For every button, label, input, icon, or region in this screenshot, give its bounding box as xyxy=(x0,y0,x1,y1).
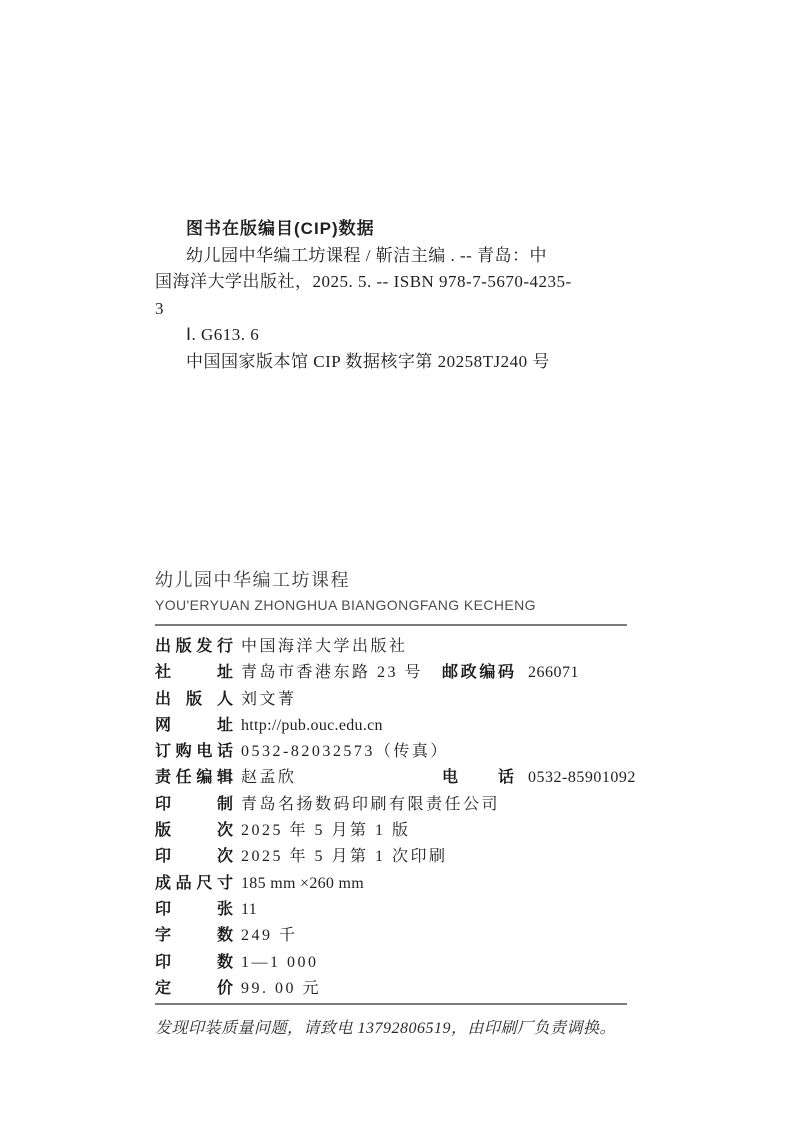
colophon-value: 赵孟欣 xyxy=(241,769,297,786)
colophon-row: 订购电话0532-82032573（传真） xyxy=(155,739,655,765)
quality-note: 发现印装质量问题，请致电 13792806519，由印刷厂负责调换。 xyxy=(155,1019,616,1039)
colophon-value: 2025 年 5 月第 1 次印刷 xyxy=(241,848,448,865)
colophon-value: http://pub.ouc.edu.cn xyxy=(241,717,383,734)
colophon-value: 2025 年 5 月第 1 版 xyxy=(241,822,411,839)
colophon-label-secondary: 电话 xyxy=(442,765,514,791)
colophon-label: 成品尺寸 xyxy=(155,871,233,897)
colophon-row: 印制青岛名扬数码印刷有限责任公司 xyxy=(155,792,655,818)
cip-line: 国海洋大学出版社，2025. 5. -- ISBN 978-7-5670-423… xyxy=(155,269,655,296)
colophon-value-secondary: 0532-85901092 xyxy=(528,765,636,791)
colophon-row: 印数1—1 000 xyxy=(155,950,655,976)
cip-line: Ⅰ. G613. 6 xyxy=(155,322,655,349)
book-title-block: 幼儿园中华编工坊课程 YOU'ERYUAN ZHONGHUA BIANGONGF… xyxy=(155,568,536,613)
cip-line: 3 xyxy=(155,296,655,323)
cip-line: 幼儿园中华编工坊课程 / 靳洁主编 . -- 青岛：中 xyxy=(155,243,655,270)
book-title: 幼儿园中华编工坊课程 xyxy=(155,568,536,592)
colophon-label: 定价 xyxy=(155,976,233,1002)
colophon-table: 出版发行中国海洋大学出版社社址青岛市香港东路 23 号邮政编码266071出版人… xyxy=(155,634,655,1002)
colophon-label: 出版发行 xyxy=(155,634,233,660)
colophon-value: 青岛市香港东路 23 号 xyxy=(241,664,423,681)
colophon-row: 社址青岛市香港东路 23 号邮政编码266071 xyxy=(155,660,655,686)
colophon-row: 责任编辑赵孟欣电话0532-85901092 xyxy=(155,765,655,791)
colophon-label: 社址 xyxy=(155,660,233,686)
cip-line: 中国国家版本馆 CIP 数据核字第 20258TJ240 号 xyxy=(155,349,655,376)
colophon-row: 成品尺寸185 mm ×260 mm xyxy=(155,871,655,897)
colophon-row: 出版人刘文菁 xyxy=(155,687,655,713)
colophon-label: 字数 xyxy=(155,923,233,949)
cip-lines: 幼儿园中华编工坊课程 / 靳洁主编 . -- 青岛：中国海洋大学出版社，2025… xyxy=(155,243,655,376)
colophon-row: 定价99. 00 元 xyxy=(155,976,655,1002)
colophon-row: 版次2025 年 5 月第 1 版 xyxy=(155,818,655,844)
colophon-value: 1—1 000 xyxy=(241,954,319,971)
colophon-value: 中国海洋大学出版社 xyxy=(241,638,408,655)
colophon-value: 0532-82032573（传真） xyxy=(241,743,449,760)
colophon-row: 印张11 xyxy=(155,897,655,923)
colophon-label: 印次 xyxy=(155,844,233,870)
colophon-row: 字数249 千 xyxy=(155,923,655,949)
colophon-value: 99. 00 元 xyxy=(241,980,321,997)
colophon-label-secondary: 邮政编码 xyxy=(442,660,514,686)
colophon-label: 责任编辑 xyxy=(155,765,233,791)
colophon-label: 版次 xyxy=(155,818,233,844)
colophon-value: 刘文菁 xyxy=(241,691,297,708)
colophon-label: 出版人 xyxy=(155,687,233,713)
colophon-label: 印制 xyxy=(155,792,233,818)
colophon-value: 185 mm ×260 mm xyxy=(241,875,364,892)
colophon-label: 印数 xyxy=(155,950,233,976)
colophon-row: 网址http://pub.ouc.edu.cn xyxy=(155,713,655,739)
cip-heading: 图书在版编目(CIP)数据 xyxy=(155,216,655,243)
divider-top xyxy=(155,624,627,626)
colophon-label: 印张 xyxy=(155,897,233,923)
colophon-value: 249 千 xyxy=(241,927,298,944)
colophon-row: 出版发行中国海洋大学出版社 xyxy=(155,634,655,660)
colophon-label: 网址 xyxy=(155,713,233,739)
colophon-value: 青岛名扬数码印刷有限责任公司 xyxy=(241,796,500,813)
copyright-page: 图书在版编目(CIP)数据 幼儿园中华编工坊课程 / 靳洁主编 . -- 青岛：… xyxy=(0,0,799,1124)
colophon-row: 印次2025 年 5 月第 1 次印刷 xyxy=(155,844,655,870)
colophon-value: 11 xyxy=(241,901,257,918)
colophon-label: 订购电话 xyxy=(155,739,233,765)
divider-bottom xyxy=(155,1003,627,1005)
book-title-pinyin: YOU'ERYUAN ZHONGHUA BIANGONGFANG KECHENG xyxy=(155,597,536,613)
cip-block: 图书在版编目(CIP)数据 幼儿园中华编工坊课程 / 靳洁主编 . -- 青岛：… xyxy=(155,216,655,376)
colophon-value-secondary: 266071 xyxy=(528,660,579,686)
